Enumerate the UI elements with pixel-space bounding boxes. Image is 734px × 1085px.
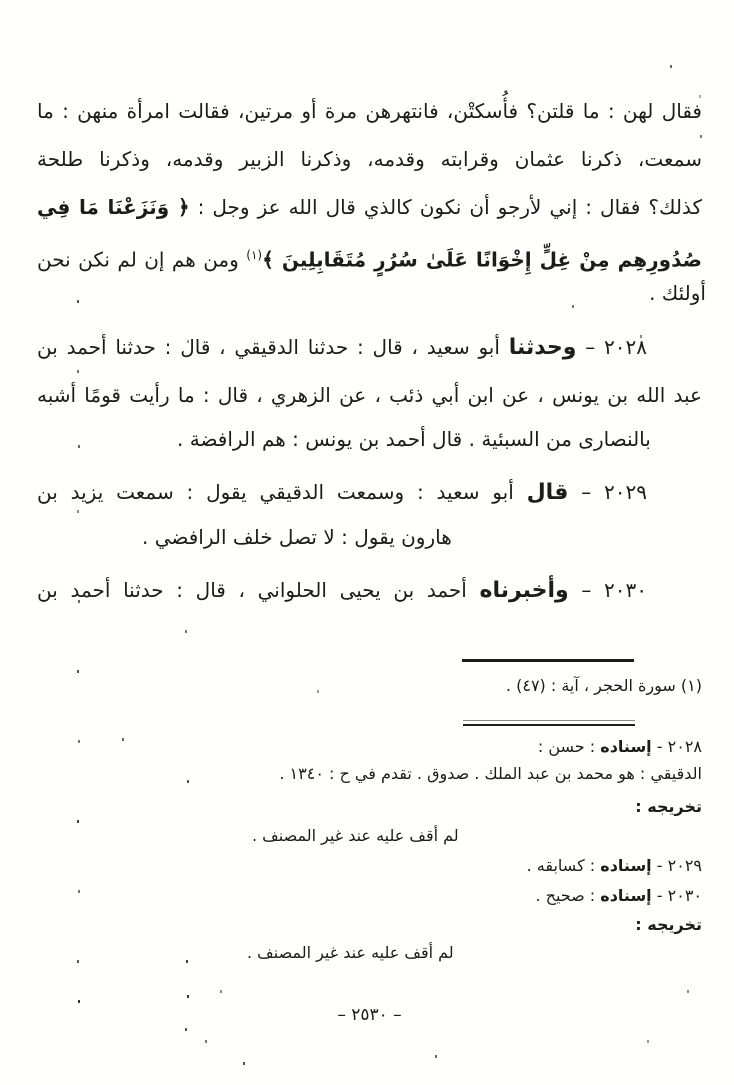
body-line-short: أولئك . [37,278,706,308]
quran-quote-end: صُدُورِهِم مِنْ غِلٍّ إِخْوَانًا عَلَىٰ … [262,248,702,272]
hadith-number: ٢٠٢٩ – [568,480,647,504]
narration-head-word: وحدثنا [509,335,577,360]
apparatus-2029-grade: ٢٠٢٩ - إسناده : كسابقه . [37,854,734,878]
body-line: صُدُورِهِم مِنْ غِلٍّ إِخْوَانًا عَلَىٰ … [37,240,702,275]
hadith-2028-line: ٢٠٢٨ – وحدثنا أبو سعيد ، قال : حدثنا الد… [37,332,702,363]
hadith-number: ٢٠٣٠ – [569,578,647,602]
narration-head-word: وأخبرناه [479,578,568,603]
grade-text: : صحيح . [535,886,600,905]
body-line: فقال لهن : ما قلتن؟ فأُسكتْن، فانتهرهن م… [37,96,702,126]
footnote-quran-source: (١) سورة الحجر ، آية : (٤٧) . [37,671,734,701]
apparatus-2028-grade: ٢٠٢٨ - إسناده : حسن : [37,735,734,759]
body-text: ومن هم إن لم نكن نحن [37,248,246,272]
apparatus-not-found: لم أقف عليه عند غير المصنف . [37,941,734,965]
page-number: – ٢٥٣٠ – [37,1000,702,1030]
apparatus-separator [463,720,635,726]
body-text: أبو سعيد ، قال : حدثنا الدقيقي ، قال : ح… [37,335,509,359]
entry-number: ٢٠٣٠ - [652,886,702,905]
scanned-book-page: فقال لهن : ما قلتن؟ فأُسكتْن، فانتهرهن م… [0,0,734,1085]
apparatus-2030-grade: ٢٠٣٠ - إسناده : صحيح . [37,884,734,908]
hadith-number: ٢٠٢٨ – [576,335,647,359]
takhrij-label: تخريجه : [37,795,734,819]
isnad-label: إسناده [600,886,651,905]
footnote-marker: (١) [246,248,262,262]
quran-quote-start: ﴿ وَنَزَعْنَا مَا فِي [37,195,190,219]
body-line: سمعت، ذكرنا عثمان وقرابته وقدمه، وذكرنا … [37,144,702,174]
entry-number: ٢٠٢٨ - [652,737,702,756]
hadith-2029-line: ٢٠٢٩ – قال أبو سعيد : وسمعت الدقيقي يقول… [37,477,702,508]
isnad-label: إسناده [600,856,651,875]
grade-text: : كسابقه . [527,856,601,875]
body-text: أبو سعيد : وسمعت الدقيقي يقول : سمعت يزي… [37,480,527,504]
isnad-label: إسناده [600,737,651,756]
hadith-2030-line: ٢٠٣٠ – وأخبرناه أحمد بن يحيى الحلواني ، … [37,575,702,606]
narration-head-word: قال [527,480,569,505]
apparatus-not-found: لم أقف عليه عند غير المصنف . [37,824,734,848]
hadith-2028-line: عبد الله بن يونس ، عن ابن أبي ذئب ، عن ا… [37,380,702,410]
body-line: كذلك؟ فقال : إني لأرجو أن نكون كالذي قال… [37,192,702,222]
body-text: أحمد بن يحيى الحلواني ، قال : حدثنا أحمد… [37,578,479,602]
entry-number: ٢٠٢٩ - [652,856,702,875]
apparatus-2028-note: الدقيقي : هو محمد بن عبد الملك . صدوق . … [37,762,734,786]
grade-text: : حسن : [538,737,600,756]
scan-noise-speckles [77,300,79,303]
footnote-separator [462,659,634,662]
body-text: كذلك؟ فقال : إني لأرجو أن نكون كالذي قال… [190,195,702,219]
takhrij-label: تخريجه : [37,913,734,937]
hadith-2029-line-short: هارون يقول : لا تصل خلف الرافضي . [37,522,734,552]
hadith-2028-line-short: بالنصارى من السبئية . قال أحمد بن يونس :… [37,424,734,454]
